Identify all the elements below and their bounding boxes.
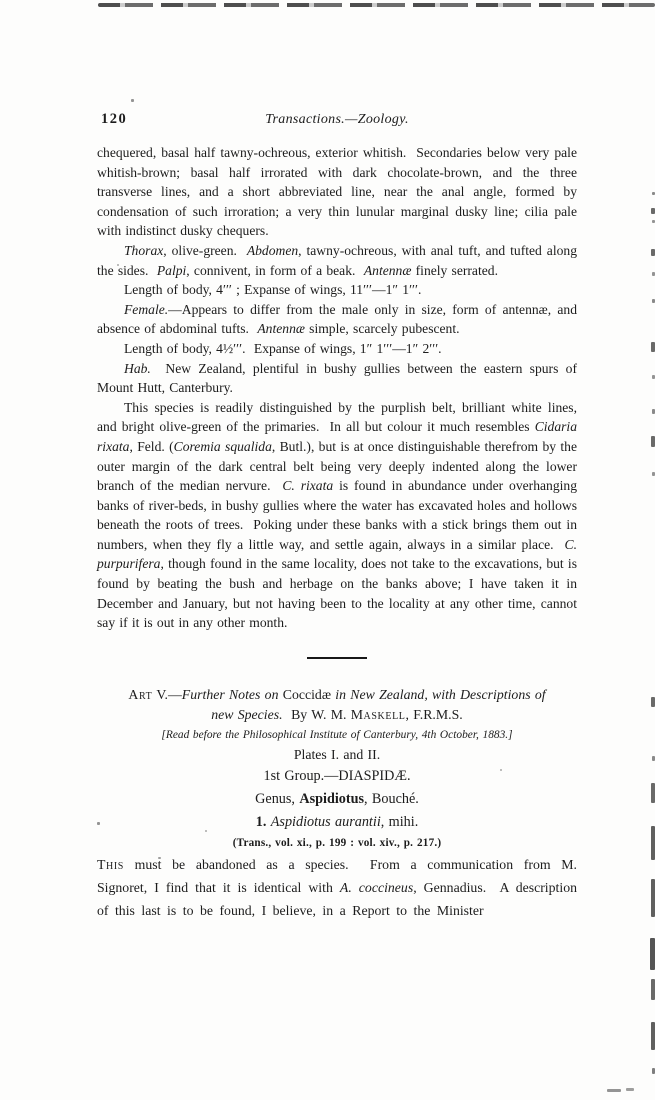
text-segment: , though found in the same locality, doe… (97, 556, 577, 630)
text-segment: Thorax (124, 243, 163, 258)
paragraph: Length of body, 4½′′′. Expanse of wings,… (97, 339, 577, 359)
new-article-heading: Art V.—Further Notes on Coccidæ in New Z… (97, 685, 577, 853)
text-segment: Palpi (157, 263, 186, 278)
scan-artifact-mark (651, 879, 655, 917)
text-segment: Genus, (255, 791, 299, 807)
text-segment: Plates I. and II. (294, 747, 380, 762)
text-segment: Hab. (124, 361, 151, 376)
section-separator-rule (307, 657, 367, 659)
scan-artifact-mark (158, 857, 161, 859)
scan-artifact-mark (651, 1022, 655, 1050)
scan-artifact-mark (131, 99, 134, 102)
page-header: 120 Transactions.—Zoology. (97, 110, 577, 132)
paragraph: This must be abandoned as a species. Fro… (97, 853, 577, 922)
paragraph: Hab. New Zealand, plentiful in bushy gul… (97, 359, 577, 398)
text-segment: Aspidiotus (299, 791, 364, 807)
read-before-note: [Read before the Philosophical Institute… (97, 726, 577, 744)
text-segment: Coccidæ (283, 687, 331, 702)
text-segment: Coremia squalida (174, 439, 272, 454)
genus-heading: Genus, Aspidiotus, Bouché. (97, 788, 577, 811)
text-segment: new Species. (211, 707, 282, 722)
scan-artifact-mark (117, 264, 119, 266)
text-segment: finely serrated. (411, 263, 498, 278)
text-segment: (Trans., vol. xi., p. 199 : vol. xiv., p… (233, 837, 442, 849)
text-segment: 1. (256, 814, 271, 830)
paragraph: This species is readily distinguished by… (97, 398, 577, 633)
text-segment: , Bouché. (364, 791, 419, 807)
text-segment: Antennæ (257, 321, 305, 336)
scan-artifact-mark (651, 342, 655, 352)
text-segment: By W. M. (283, 707, 351, 722)
scan-artifact-mark (651, 783, 655, 803)
text-segment: Length of body, 4½′′′. Expanse of wings,… (124, 341, 442, 356)
text-segment: Female. (124, 302, 168, 317)
text-segment: Length of body, 4′′′ ; Expanse of wings,… (124, 282, 421, 297)
text-segment: , F.R.M.S. (406, 707, 463, 722)
paragraph: chequered, basal half tawny-ochreous, ex… (97, 143, 577, 241)
text-segment: , olive-green. (163, 243, 247, 258)
scan-artifact-mark (205, 830, 207, 832)
text-segment: 1st Group.—DIASPIDÆ. (263, 768, 410, 784)
running-title: Transactions.—Zoology. (97, 112, 577, 128)
scan-artifact-mark (651, 979, 655, 1000)
group-heading: 1st Group.—DIASPIDÆ. (97, 765, 577, 788)
scan-artifact-mark (607, 1089, 621, 1092)
text-segment: , mihi. (381, 814, 418, 830)
text-segment: Maskell (351, 707, 406, 722)
text-segment: , Feld. ( (129, 439, 173, 454)
text-segment: A. coccineus (340, 880, 413, 895)
text-segment: Further Notes on (182, 687, 283, 702)
scan-artifact-mark (651, 697, 655, 707)
text-segment: Antennæ (364, 263, 412, 278)
article-title: Art V.—Further Notes on Coccidæ in New Z… (97, 685, 577, 725)
new-article-text: This must be abandoned as a species. Fro… (97, 853, 577, 922)
scan-artifact-mark (651, 208, 655, 214)
paragraph: Female.—Appears to differ from the male … (97, 300, 577, 339)
text-segment: Abdomen (247, 243, 298, 258)
scan-artifact-mark (650, 938, 655, 970)
scan-artifact-mark (97, 822, 100, 825)
text-segment: This species is readily distinguished by… (97, 400, 577, 435)
plates-reference: Plates I. and II. (97, 744, 577, 765)
paragraph: Length of body, 4′′′ ; Expanse of wings,… (97, 280, 577, 300)
species-heading: 1. Aspidiotus aurantii, mihi. (97, 811, 577, 834)
scan-artifact-mark (651, 436, 655, 447)
text-segment: V.— (152, 687, 181, 702)
text-segment: C. rixata (282, 478, 333, 493)
citation-reference: (Trans., vol. xi., p. 199 : vol. xiv., p… (97, 834, 577, 853)
scan-artifact-mark (500, 769, 502, 771)
text-segment: , connivent, in form of a beak. (186, 263, 364, 278)
text-segment: This (97, 857, 124, 872)
text-segment: in New Zealand, with Descriptions of (331, 687, 546, 702)
text-segment: New Zealand, plentiful in bushy gullies … (97, 361, 577, 396)
text-segment: chequered, basal half tawny-ochreous, ex… (97, 145, 577, 238)
scan-artifact-mark (651, 249, 655, 256)
paragraph: Thorax, olive-green. Abdomen, tawny-ochr… (97, 241, 577, 280)
scan-artifact-mark (651, 826, 655, 860)
text-segment: [Read before the Philosophical Institute… (161, 729, 512, 741)
scan-artifact-mark (626, 1088, 634, 1091)
previous-article-text: chequered, basal half tawny-ochreous, ex… (97, 143, 577, 633)
text-segment: simple, scarcely pubescent. (305, 321, 460, 336)
text-segment: Aspidiotus aurantii (271, 814, 381, 830)
scanned-journal-page: 120 Transactions.—Zoology. chequered, ba… (0, 0, 655, 1100)
page-body: chequered, basal half tawny-ochreous, ex… (97, 143, 577, 922)
scan-artifact-top-smudge (98, 3, 655, 7)
text-segment: Art (128, 687, 152, 702)
